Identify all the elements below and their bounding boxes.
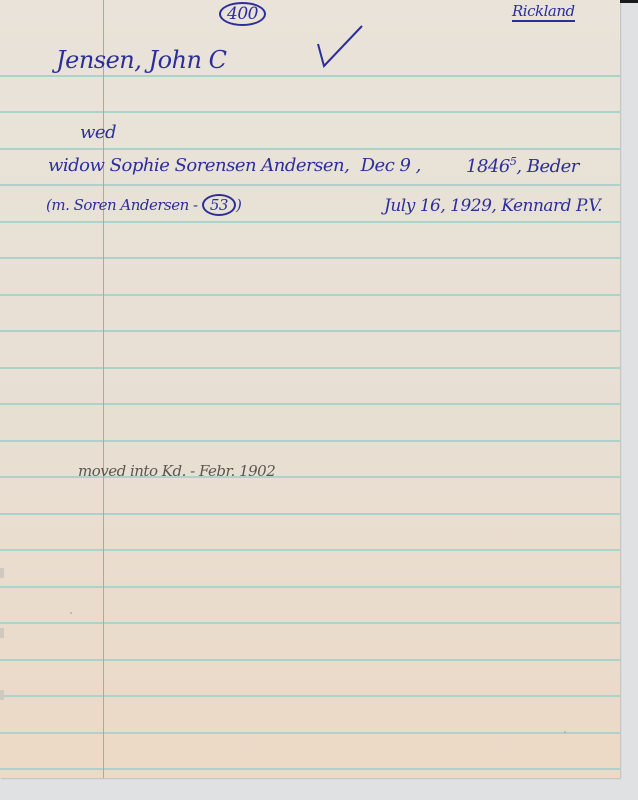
ruled-line [0, 732, 620, 734]
binding-hole [0, 568, 4, 578]
ruled-line [0, 659, 620, 661]
binding-hole [0, 628, 4, 638]
pencil-note: moved into Kd. - Febr. 1902 [78, 462, 275, 480]
ruled-line [0, 403, 620, 405]
binding-hole [0, 690, 4, 700]
red-margin-line [103, 0, 104, 778]
record-number: 400 [219, 4, 266, 24]
ruled-line [0, 294, 620, 296]
scan-border [620, 0, 638, 3]
first-husband-line: (m. Soren Andersen - 53) [46, 196, 241, 214]
ruled-line [0, 330, 620, 332]
birth-year-place: 18465, Beder [466, 155, 579, 177]
person-name: Jensen, John C [56, 46, 227, 74]
ruled-line [0, 367, 620, 369]
ruled-line [0, 586, 620, 588]
ruled-line [0, 549, 620, 551]
married-label: wed [80, 122, 116, 143]
ruled-line [0, 513, 620, 515]
notebook-page: 400 Rickland Jensen, John C wed widow So… [0, 0, 620, 778]
ruled-line [0, 695, 620, 697]
spouse-line: widow Sophie Sorensen Andersen, Dec 9 , [48, 155, 421, 176]
check-mark-icon [316, 22, 364, 68]
paper-speck [564, 731, 566, 733]
ruled-line [0, 622, 620, 624]
paper-speck [70, 612, 72, 614]
reference-number: 53 [202, 194, 236, 216]
location-label: Rickland [512, 2, 575, 20]
ruled-line [0, 440, 620, 442]
death-date-place: July 16, 1929, Kennard P.V. [384, 196, 602, 216]
ruled-line [0, 221, 620, 223]
ruled-line [0, 184, 620, 186]
ruled-line [0, 75, 620, 77]
ruled-line [0, 148, 620, 150]
ruled-line [0, 768, 620, 770]
ruled-line [0, 111, 620, 113]
ruled-line [0, 257, 620, 259]
